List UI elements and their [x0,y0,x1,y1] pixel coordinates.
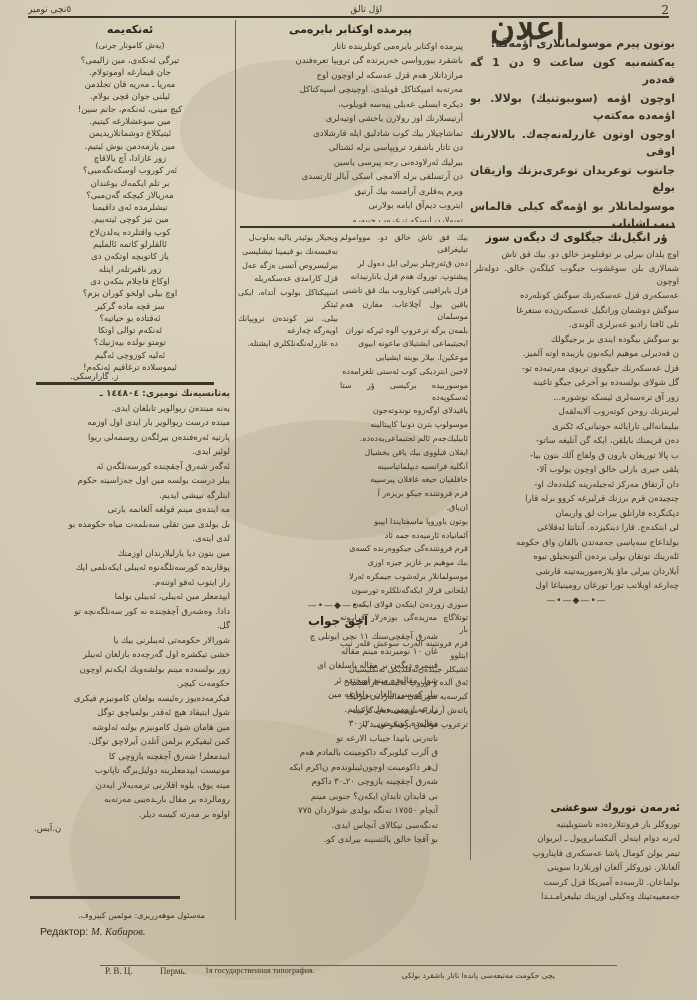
wrangel-article: ؤر انگیل‌نك جیگلوی ك دیگه‌ن سوز اوچ یلدا… [474,230,679,800]
poem-line: مه‌ریا ـ مه‌ریه‌ قان تجلدمن [30,79,230,91]
article-line: غان ١٠ نومیرنده مینم مقاله [238,646,438,659]
article-line: یلقی جیری بارلی خالق اوچون یولوب آلا- [474,464,679,477]
article-line: ایپدمعلر مین ئه‌یبلی، ئه‌یبلی بولما [34,591,230,604]
poem-mother: ئه‌نکه‌یمه (یه‌ش کامونار جرنی) تیرگی ئه‌… [30,22,230,372]
article-line: دان آرتقاق مه‌رکز ئه‌جیله‌رینه کیله‌ده‌ك… [474,479,679,492]
article-line: ویجیلار یوئیدر یالیه به‌لوب‌ل [238,232,338,244]
article-line: لوئیر ایدی. [34,446,230,459]
article-line: مرازدانلار هه‌م قزل عه‌سکه لر اوچون اوج [238,70,463,83]
article-line: خشی تیکشره اول گه‌رچه‌ده بازلغان ئه‌یبلر [34,649,230,662]
article-line: کمن ئیفیکرم برلمن آنلدن آیرلاچق توگل. [34,736,230,749]
open-reply-article: —•—◆—•— آچق جواب شه‌رق آچقچی‌سنك ١١ نچی … [238,600,438,940]
article-line: قزل بایراقینی کوتاروب بیك قق تاشنی [340,285,468,297]
article-line: باشقرد بیورواسی خه‌ریرنده گی تروپپا تعره… [238,55,463,68]
article-line: لی ابتکده‌ج. قارا دینکیزده. آنتانتا ئه‌ق… [474,522,679,535]
poem-line: تیشلرمده ئه‌ی داقیمنا [30,202,230,214]
article-line: دیکره ایسلی عه‌بلی پیه‌سه قویلوب، [238,99,463,112]
announcement-line: یه‌کشه‌نبه کون ساعت 9 دن 1 گه قه‌ده‌ر [470,54,675,88]
article-line: اوچ یلدان بیرلی بر توقنلومز خالق دو. بیك… [474,249,679,262]
article-line: رار ایتوب‌ ئه‌فو اوتنه‌م. [34,577,230,590]
masthead-issue-year: اؤل تالق [350,5,382,15]
article-line: دیکنگرده فارانلق بیرات لق واریمان [474,508,679,521]
article-line: زور آق تره‌سه‌لری ئیسکه توشوره... [474,392,679,405]
poem-line: بر تلم ایکمه‌ك یوغندان [30,178,230,190]
announcement-line: موسولمانلار بو اؤمه‌گه کیلی قالماس دیب ا… [470,198,675,229]
article-line: قییمره دیگه‌ن بر مقاله باسلغان ای [238,660,438,673]
article-line: مقاله‌ده کوبه مین ٢٠ـ٣٠٠ [238,718,438,731]
article-line: خافلقیان جیغه ‌غافلان پیرسییه [340,474,468,486]
article-line: دن تاتار باشقرد تروپپاسی برله ئشتالی [238,142,463,155]
article-line: ق آلرب کیلوبرگه داکومینت بالمادم هه‌م [238,747,438,760]
article-line: شورالار حکومه‌تی ئه‌یبلرنی بیك یا [34,635,230,648]
article-line: ل‌هر داکومینت اوچون‌ئیبلونده‌م ن‌اکرم ای… [238,762,438,775]
column-divider [235,20,236,920]
page-number: 2 [661,3,669,17]
masthead-issue-number: ٥نچی نومیر [28,5,71,15]
article-line: آرتیسلارنك اوز رولارن یاخشی اوتیه‌لری [238,113,463,126]
article-line: زارعه ازومن ‌ه‌یقل تاب‌ایم. [238,704,438,717]
article-line: ئابیلیك‌جه‌م ئالم ئجتیماعی‌یه‌ده‌ده. [340,433,468,445]
article-line: موسوربیده برکیسی ؤر ستا ئه‌سکوپه‌ده [340,380,468,404]
editor-name: М. Кабиров. [91,927,145,938]
membership-letter: یه‌تانسیه‌نك نومیری: ١٤٤٨٠٤ ـ یه‌نه میند… [34,388,230,870]
poem-line: مین یازمه‌دمن بوش ئیتیم. [30,141,230,153]
article-line: توروکلر بار فرونتلارده‌ده ناستوبلینیه [440,819,680,832]
october-celebration-title: پیرمده اوکتابر بایره‌می [238,24,463,37]
article-line: آئمانیاده ئارمیه‌ده جمه ئاد [340,530,468,542]
article-line: نانه‌رنی بانیدا جیباب الارعه تو [238,733,438,746]
october-celebration-article: پیرمده اوکتابر بایره‌می پیرمده اوکتابر ب… [238,22,463,222]
section-rule [240,226,675,228]
letter-signature: ن.آیس. [34,823,230,836]
editor-label: Редактор: [40,926,88,938]
article-line: ب پالا توریغان بارون ق ولفاج آلك بتون بی… [474,450,679,463]
poem-line: ئه‌نکه‌م توالی اوتکا [30,325,230,337]
article-line: سوگش دوشمان ورانگیل عه‌سکه‌رن‌ده ستغرغا [474,305,679,318]
article-line: ته‌نگه‌سی نیکالای آنچاس ایدی. [238,820,438,833]
article-line: نی قایدان تابدان ایکه‌ن؟ جنوبی مینم [238,791,438,804]
article-line: ایتلرگه تییشی ایدیم. [34,490,230,503]
article-line: مونیست ایپدمعلرینه‌ دولیل‌یرگه تاپانوب [34,765,230,778]
article-line: عه‌سکه‌ری قزل عه‌سکه‌رنك سوگش کونله‌رده [474,290,679,303]
article-line: مه ایتده‌ی مینم قولغه آلغانمه بارتی [34,504,230,517]
article-line: رومالرده بر مقال بارـده‌یبی مه‌رته‌به [34,794,230,807]
article-line: آیلاردان بیرلی ماؤ یلاره‌موریبه‌تینه قار… [474,566,679,579]
article-line: بیلر کوبسی بالغان بولغانقه مین [238,689,438,702]
article-line: مین هامان شول کامونیزم بولنه‌ ئه‌لوشه‌ [34,722,230,735]
article-line: نه‌فیسه‌نك بو قیمینا تیشلیسی [238,246,338,258]
article-line: یه‌نه مینده‌ن ریوالویر تابلغان ایدی. [34,403,230,416]
article-line: دن آرتسلقی برله آلامچی اسکی آیالر ئارتسد… [238,171,463,184]
article-line: مه‌رته‌به امیپکتاکل قویلدی. اوچینچی اسپه… [238,84,463,97]
poem-subtitle: (یه‌ش کامونار جرنی) [30,40,230,52]
article-line: مینده درست ریوالویر بار ایدی اول اوزمه [34,417,230,430]
article-line: بلمه‌ن برگه ترعروپ آلوه ئیرکه توران [340,325,468,337]
article-line: ویرم یه‌قلری آرامسه بیك آرتیق [238,186,463,199]
article-line: گل شولای بولسه‌ده بو آخرغی جیگو تاغینه [474,377,679,390]
armenian-turkish-war-title: ئه‌رمه‌ن توروك سوغشی [440,802,680,815]
poem-signature: ز. گارارسکی. [30,371,230,382]
poem-line: تومتو نولده بیه‌ژنیك؟ [30,337,230,349]
article-line: لدی ایته‌ی. [34,533,230,546]
article-line: توپولارن ایسکه ترعروپ جیبه‌رو [238,215,463,223]
poem-line: زور ناقیرتله‌ر ایتله [30,264,230,276]
article-line: آنگلیه فرانسیه دیپلماتیاسینه [340,461,468,473]
poem-line: ئیلنی جوان قچی بولام. [30,91,230,103]
article-line: گل. [34,620,230,633]
article-line: پارتیه ئه‌ره‌فنده‌ن بیرلگه‌ن روسمه‌لی ری… [34,432,230,445]
article-line: یبلر درست بولسه مین اول جه‌زاسینه حکوم [34,475,230,488]
armenian-turkish-war-article: ئه‌رمه‌ن توروك سوغشی توروکلر بار فرونتلا… [440,800,680,950]
poem-line: مین تیز کوچی‌ ئیته‌بیم. [30,214,230,226]
article-line: ده غازرله‌نگه‌نلکلری ایشتله. [238,338,338,350]
article-line: قرم فرونتنده جیکو بریزه‌ر آ [340,488,468,500]
article-line: ده‌ن ق‌ئه‌ز‌چیلر بیرلی ایل ‌ده‌ول لر [340,258,468,270]
poem-line: ئه‌ر کوروب اوسکه‌نگه‌مبی؟ [30,165,230,177]
article-line: اولوه بر مه‌رته کیسه‌ دیلر. [34,809,230,822]
article-line: ئه‌گه‌ر شه‌رق آچقچنده کورسه‌تلگه‌ن ئه‌ [34,461,230,474]
announcement-line: اوچون اوتون غازرله‌نه‌چه‌ك. بالالارنك او… [470,126,675,160]
newspaper-page: 2 اؤل تالق ٥نچی نومیر اعلان بوتون پیرم م… [0,0,697,1000]
article-line: پیشتوپ. توروك هه‌م قزل بانارنیدانه [340,271,468,283]
article-line: فیکرمه‌ده‌یوز ره‌ئیسه بولغان کامونیزم فی… [34,693,230,706]
article-line: له‌رنه دوام ایته‌لر. آلبکسانروپول ـ ایری… [440,833,680,846]
article-line: ن قه‌دیرلی موهیم ایکه‌نون یازیبده اوته آ… [474,348,679,361]
article-line: ایقلان قیلووی بیك یاقن یخشیال [340,447,468,459]
responsible-editor-arabic: مه‌سئول موهه‌رریری: موئمین کبیروف. [40,910,205,924]
article-line: قرم فرونتنده‌گی جیکووه‌رنده کسه‌ی [340,543,468,555]
printer-city: Пермь. [160,966,187,976]
announcement-section: اعلان بوتون پیرم موسولمانلاری اؤمه‌گه! ی… [470,22,675,228]
article-line: موسولوپ بترن دونیا کاپیتالینه [340,419,468,431]
article-line: ده‌ن قریمنك بایلقن، ایکه‌ گن آنلیغه ساتو… [474,435,679,448]
printer-name-arabic: یچی حکومت مه‌تبعه‌سی پانده‌ا تاتار باشقر… [345,970,555,984]
article-line: آلغانلار. توروکلر آلغان اورنلاردا سوینی [440,862,680,875]
article-line: شه‌رق آچقچی‌سنك ١١ نچی ایونلی چ [238,631,438,644]
article-line: ایبدمعلر! شه‌رق آچقچنه یازوچی کا [34,751,230,764]
poem-line: مه‌ریالار کیچکه‌ گه‌ن‌مبی؟ [30,190,230,202]
poem-line: یاز کاتوبچه اوتکه‌ن دی [30,251,230,263]
article-line: ایلخانی قرلار ایکه‌گه‌نلکلره تورسون [340,585,468,597]
article-line: قزل کارامدی عه‌سکه‌ریله [238,273,338,285]
article-line: شه‌رق آچقچینه یازوچی ٢٠ـ٣٠ داکوم [238,776,438,789]
article-line: یاقین بول آچلاعاب. مقارن هه‌م موسلمان [340,299,468,323]
article-line: یاقیدلای اوگه‌زوه‌ تو‌ندوته‌جون [340,405,468,417]
poem-line: جان قیمارغه اوموتولام. [30,67,230,79]
article-line: ئله‌رینك توتقان یولی برده‌ن آلتونجیلق نی… [474,551,679,564]
masthead-rule [28,16,669,18]
article-line: موعکین‌ا. بیلار بوینه ایشیایی [340,352,468,364]
poem-line: اوکاع قاچلام بتکه‌ن دی [30,276,230,288]
poem-signature-wrap: ز. گارارسکی. [30,368,230,382]
announcement-line: بوتون پیرم موسولمانلاری اؤمه‌گه! [470,35,675,52]
article-line: دادا. وه‌شه‌رق آچقچنده نه‌ کور سه‌تلگه‌ن… [34,606,230,619]
open-reply-title: آچق جواب [238,615,438,628]
wrangel-article-title: ؤر انگیل‌نك جیگلوی ك دیگه‌ن سوز [474,232,679,245]
printer-code: Р. В. Ц. [105,966,133,976]
section-rule [36,382,214,385]
poem-line: مین سوعشلارغه کیتیم. [30,116,230,128]
poem-line: ئالقلرلو کاتمه‌ ئالملیم [30,239,230,251]
article-line: قزل عه‌سکه‌رنك جیگووی تریوی مه‌رتبه‌ده ت… [474,363,679,376]
section-rule [30,896,180,899]
article-line: بوتون یاوروپا ماسفتایندا ایپبو [340,516,468,528]
article-line: اسپیکتاکل بولوب آتداه، ایکی ئیتکر [238,287,338,311]
article-line: شول مقاله‌ده مینم اوبختده ئر [238,675,438,688]
article-line: بیلیمانه‌الی تارایا‌ئنه حوتبانی‌که‌ ٹکنر… [474,421,679,434]
membership-number-title: یه‌تانسیه‌نك نومیری: ١٤٤٨٠٤ ـ [34,388,230,401]
poem-line: زور غازادا، آچ یالاقاچ [30,153,230,165]
poem-line: تیرگی ئه‌نکه‌ی، مین زالیمی؟ [30,55,230,67]
poem-line: کوپ وا‌قتلرده یه‌لدن‌لاخ [30,227,230,239]
section-ornament: —•—◆—•— [474,595,679,608]
poem-line: ئه‌قتاده‌ بو حیاتیه؟ [30,313,230,325]
article-line: تماشاچیلار بیك کوب شادلیق ایله قارشلادی [238,128,463,141]
article-line: بولماعان. ئارسه‌ده آمیریکا قزل کرست [440,877,680,890]
article-line: بو آقچا خالق یالتسینه بیرلدی‌ کو. [238,834,438,847]
article-line: ان‌یاق. [340,502,468,514]
article-line: لاجین ابتردیکی کوب ئه‌ستی تلغرامه‌ده [340,366,468,378]
poem-line: سز قچه‌ ماده‌ گرکیر [30,301,230,313]
article-line: میته یوق، بلوه اقلارنی ترمه‌به‌لار ایه‌د… [34,780,230,793]
article-line: تلی ئافتا رادیو عه‌برلری آلوندی. [474,319,679,332]
column-divider [470,260,471,860]
announcement-title: اعلان [470,22,675,35]
article-line: بیرلیسروص آتسی ه‌زگه عه‌ل [238,260,338,272]
announcement-line: جانتوب توعریدان توعری‌بزنك وازیقان بولغ [470,162,675,196]
poem-line: اوچ بیلی اولخو کوران بزم؟ [30,288,230,300]
october-celebration-continued: ویجیلار یوئیدر یالیه به‌لوب‌ل نه‌فیسه‌نك… [238,232,338,562]
poem-line: ئیتیکلاغ دوشمانلاریدیمن [30,128,230,140]
article-line: زور بولسه‌ده مینم بولشه‌ویك ایکه‌نم اوچو… [34,664,230,677]
article-line: آنچام ١٧٥٥٠ ته‌نگه بولدی شولاردان ٧٧٥ [238,805,438,818]
article-line: تیمر یولن کومال پاشا عه‌سکه‌ری قایناروپ [440,848,680,861]
announcement-line: اوچون اؤمه (سوببوتنیك) بولالا. بو اؤمه‌د… [470,90,675,124]
article-line: لیرینزنك روحن کوته‌روب آلابه‌لقه‌ل [474,406,679,419]
article-line: چه‌ارغه اوبلانب تورا تورغان رومینیاغا او… [474,580,679,593]
article-line: بیك قق تاش ‌خالق دو. مووامولم تیلیغراقی [340,232,468,256]
article-line: حکومه‌ت کیچر. [34,678,230,691]
article-line: بل بولدی مین تقلی سه‌بلمه‌ت میاه حکومده … [34,519,230,532]
article-line: بو سوگش بیگوده ایندی بز برجیگولك [474,334,679,347]
poem-line: کیچ مینی، ئه‌نکه‌م، جانم‌ سین! [30,104,230,116]
poem-line: ئه‌لیه کوزوچی ئه‌گیم [30,350,230,362]
article-line: شمالاری بلن سوغشوب جیگوب کیلگه‌ن خالق. د… [474,263,679,288]
article-line: جه‌معییه‌تینك وه‌کیلی اوزینك تیلیغرامـنـ… [440,891,680,904]
article-line: مین بتون دیا یارلیلارندان اوزمنك [34,548,230,561]
article-line: ایجیتیماعی ایشتیلای ماعونه ابیوی [340,338,468,350]
article-line: پیرمده اوکتابر بایره‌می کونلرینده تاتار [238,41,463,54]
article-line: بولداعاج سه‌یاسی جه‌مه‌تدن بالقان واق حک… [474,537,679,550]
article-line: بیرلیك ئه‌رلاوده‌نی رجه پیرسی یاسین [238,157,463,170]
editor-credit: Редактор: М. Кабиров. [40,926,145,938]
printer-name: 1я государственная типография. [205,966,315,975]
article-line: موسولمانلار برله‌شوب جیمکره‌ ئه‌رلا [340,571,468,583]
article-line: چنچیده‌ن قرم برزنك قرلیرغه کروو برله قار… [474,493,679,506]
article-line: بیك موهیم بر غازیر ‌جیزه اوزی [340,557,468,569]
section-ornament: —•—◆—•— [238,600,438,613]
article-line: ایتروب دیم‌آق ایامه بولارنی [238,200,463,213]
article-line: شول ایتیقاد هیچ ئه‌قدر بولمیاچق توگل [34,707,230,720]
article-line: پوقاریده کورسه‌تلگه‌نوه ئه‌یبلی ایکه‌نلم… [34,562,230,575]
poem-title: ئه‌نکه‌یمه [30,24,230,36]
article-line: بیلی. تیز کونده‌ن تروپپانك اویه‌رگه چه‌ا… [238,313,338,337]
